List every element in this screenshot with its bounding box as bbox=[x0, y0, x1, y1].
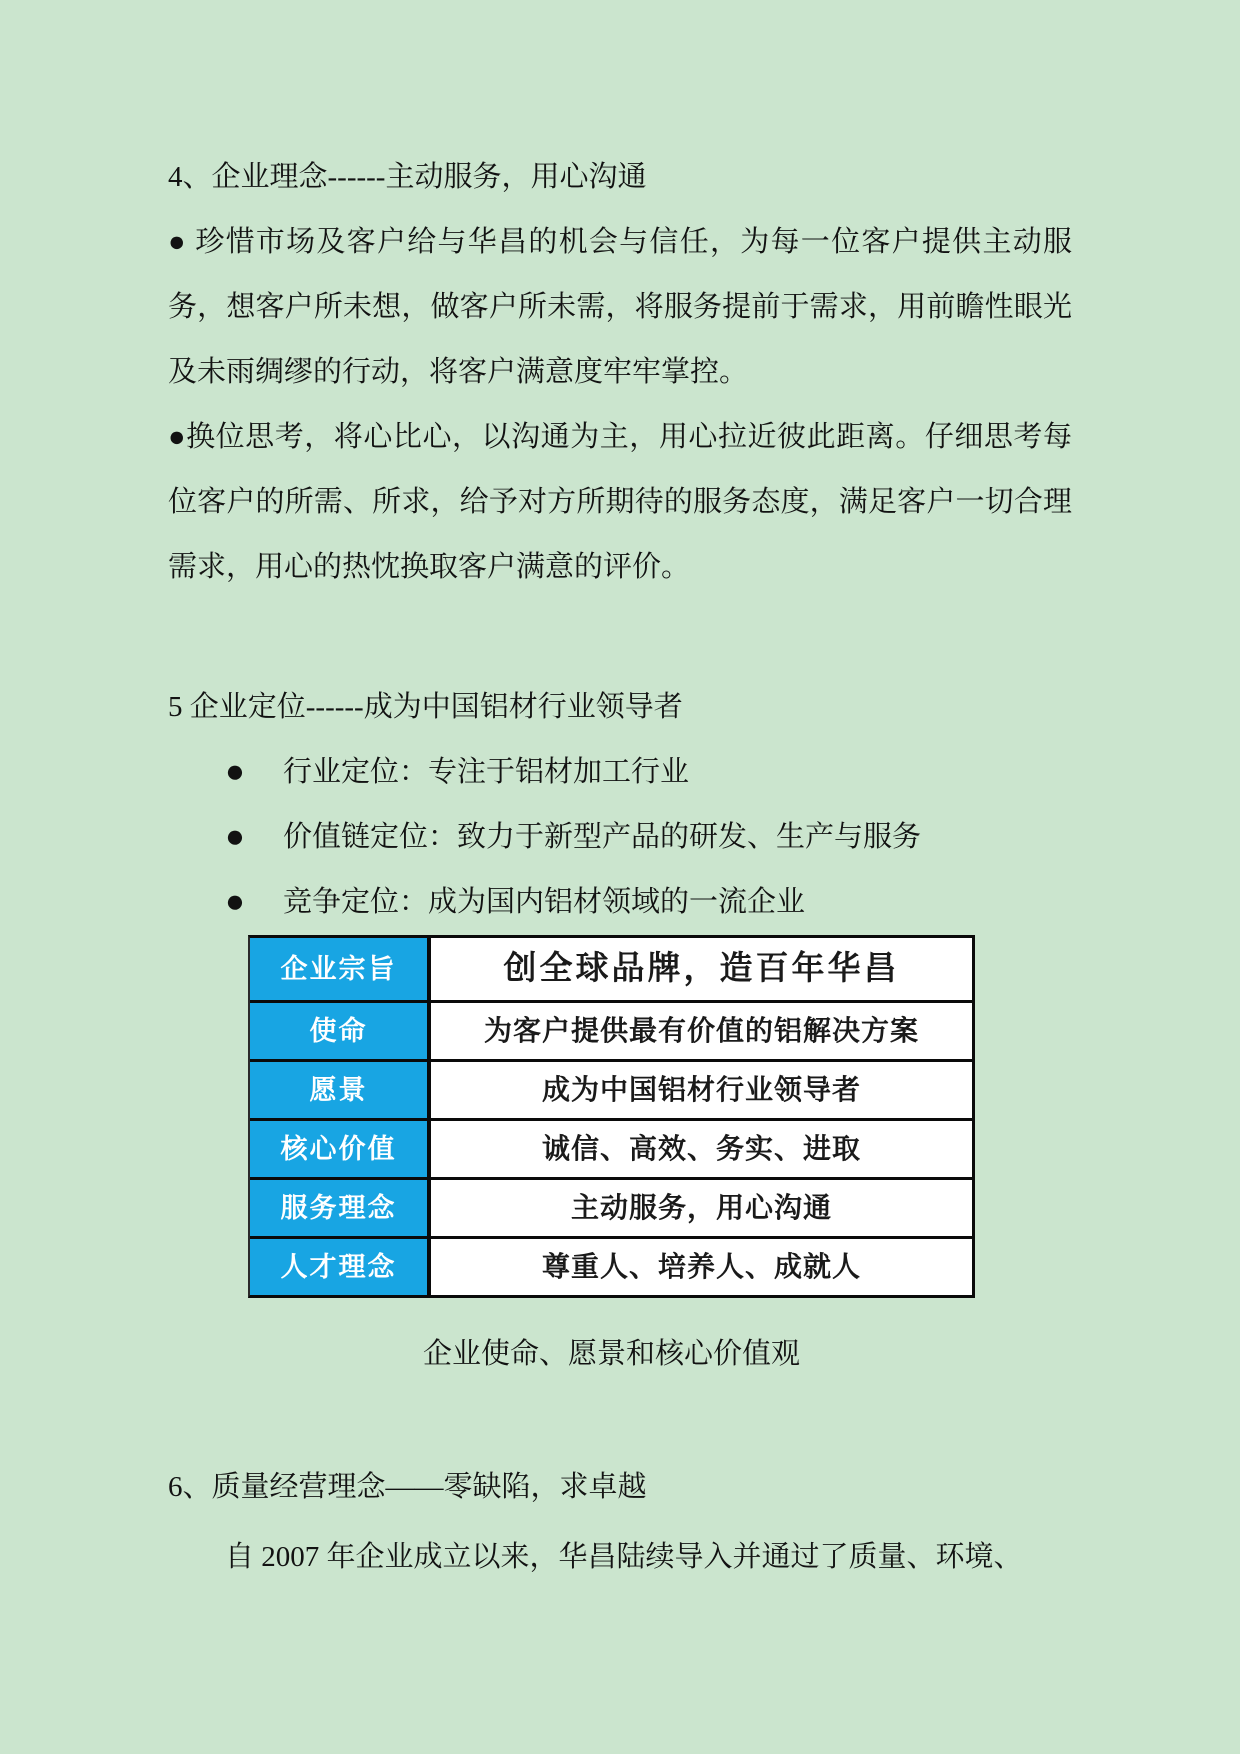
table-row-value: 成为中国铝材行业领导者 bbox=[427, 1062, 972, 1118]
table-row-value: 尊重人、培养人、成就人 bbox=[427, 1239, 972, 1295]
bullet-text-value-chain: 价值链定位：致力于新型产品的研发、生产与服务 bbox=[283, 805, 921, 870]
table-row: 服务理念 主动服务，用心沟通 bbox=[250, 1177, 972, 1236]
table-row-value: 创全球品牌，造百年华昌 bbox=[427, 938, 972, 1000]
section4-bullet-paragraph-1: ● 珍惜市场及客户给与华昌的机会与信任，为每一位客户提供主动服务，想客户所未想，… bbox=[168, 210, 1072, 405]
bullet-icon: ● bbox=[225, 805, 245, 870]
table-row-value: 为客户提供最有价值的铝解决方案 bbox=[427, 1003, 972, 1059]
section4-heading: 4、企业理念------主动服务，用心沟通 bbox=[168, 145, 1072, 210]
table-row: 核心价值 诚信、高效、务实、进取 bbox=[250, 1118, 972, 1177]
bullet-item-value-chain-positioning: ● 价值链定位：致力于新型产品的研发、生产与服务 bbox=[225, 805, 1072, 870]
table-row-value: 诚信、高效、务实、进取 bbox=[427, 1121, 972, 1177]
section5-heading: 5 企业定位------成为中国铝材行业领导者 bbox=[168, 675, 1072, 740]
document-page: 4、企业理念------主动服务，用心沟通 ● 珍惜市场及客户给与华昌的机会与信… bbox=[0, 0, 1240, 1590]
table-column-divider bbox=[427, 938, 431, 1295]
bullet-text-industry: 行业定位：专注于铝材加工行业 bbox=[283, 740, 689, 805]
bullet-icon: ● bbox=[225, 740, 245, 805]
table-row-label: 愿景 bbox=[250, 1062, 427, 1118]
table-row: 使命 为客户提供最有价值的铝解决方案 bbox=[250, 1000, 972, 1059]
table-row-label: 人才理念 bbox=[250, 1239, 427, 1295]
table-row: 愿景 成为中国铝材行业领导者 bbox=[250, 1059, 972, 1118]
table-row-value: 主动服务，用心沟通 bbox=[427, 1180, 972, 1236]
table-caption: 企业使命、愿景和核心价值观 bbox=[248, 1322, 975, 1387]
table-row-label: 服务理念 bbox=[250, 1180, 427, 1236]
bullet-icon: ● bbox=[225, 870, 245, 935]
table-row: 人才理念 尊重人、培养人、成就人 bbox=[250, 1236, 972, 1295]
section6-heading: 6、质量经营理念——零缺陷，求卓越 bbox=[168, 1455, 1072, 1520]
section4-bullet-paragraph-2: ●换位思考，将心比心，以沟通为主，用心拉近彼此距离。仔细思考每位客户的所需、所求… bbox=[168, 405, 1072, 600]
table-row-label: 使命 bbox=[250, 1003, 427, 1059]
table-row-label: 核心价值 bbox=[250, 1121, 427, 1177]
values-table: 企业宗旨 创全球品牌，造百年华昌 使命 为客户提供最有价值的铝解决方案 愿景 成… bbox=[248, 935, 975, 1298]
bullet-item-industry-positioning: ● 行业定位：专注于铝材加工行业 bbox=[225, 740, 1072, 805]
bullet-text-competition: 竞争定位：成为国内铝材领域的一流企业 bbox=[283, 870, 805, 935]
table-row-label: 企业宗旨 bbox=[250, 938, 427, 1000]
section6-paragraph: 自 2007 年企业成立以来，华昌陆续导入并通过了质量、环境、 bbox=[168, 1525, 1072, 1590]
bullet-item-competition-positioning: ● 竞争定位：成为国内铝材领域的一流企业 bbox=[225, 870, 1072, 935]
table-row: 企业宗旨 创全球品牌，造百年华昌 bbox=[250, 938, 972, 1000]
